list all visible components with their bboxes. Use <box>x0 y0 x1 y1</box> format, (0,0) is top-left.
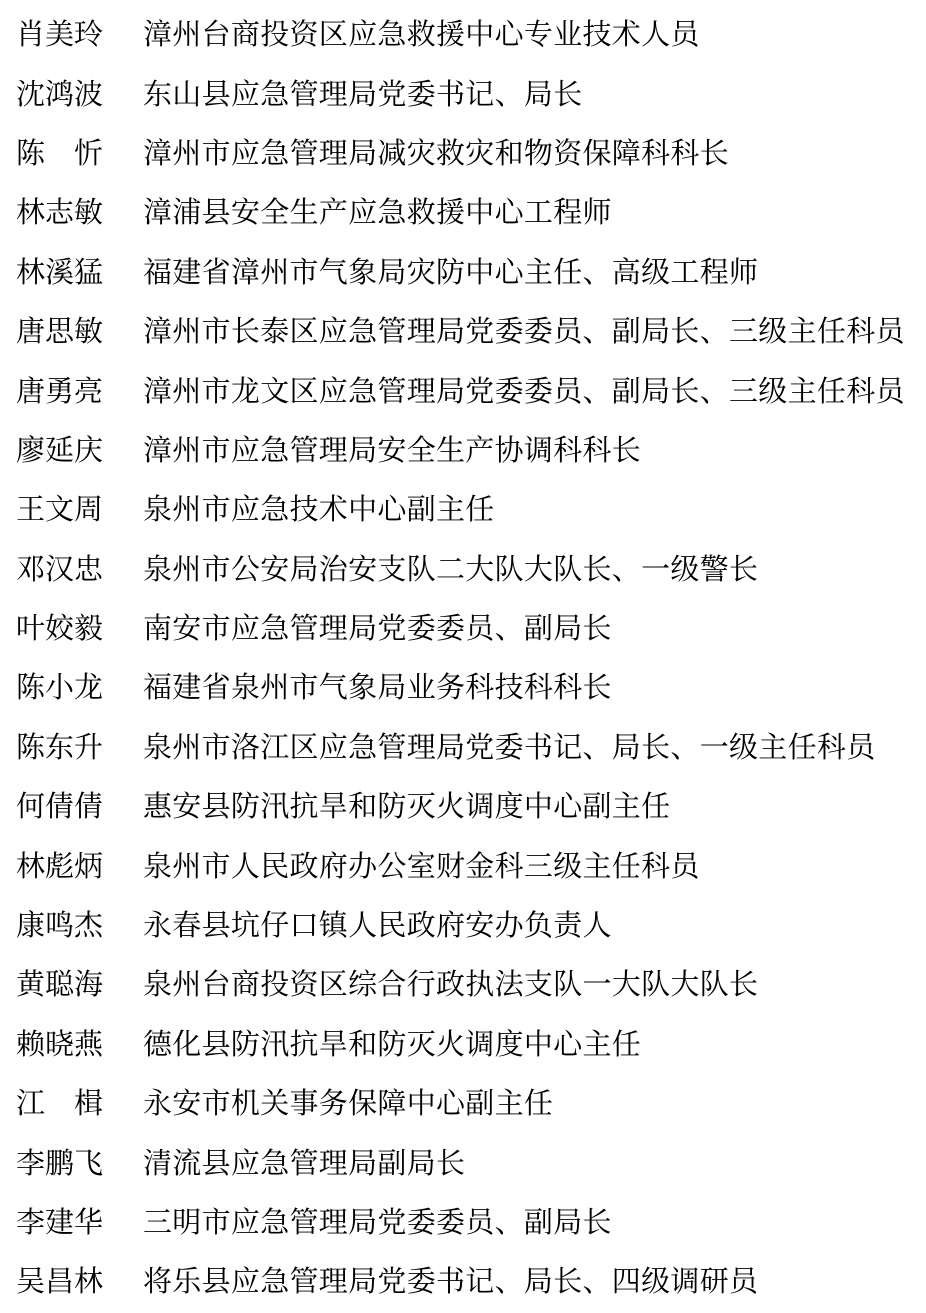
recipient-row: 李鹏飞 清流县应急管理局副局长 <box>0 1134 926 1193</box>
recipient-name: 邓汉忠 <box>16 556 143 585</box>
recipient-title: 南安市应急管理局党委委员、副局长 <box>143 615 926 644</box>
recipient-title: 将乐县应急管理局党委书记、局长、四级调研员 <box>143 1268 926 1297</box>
recipient-name: 唐勇亮 <box>16 378 143 407</box>
recipient-name: 陈小龙 <box>16 674 143 703</box>
recipient-title: 三明市应急管理局党委委员、副局长 <box>143 1209 926 1238</box>
recipient-list: 肖美玲 漳州台商投资区应急救援中心专业技术人员 沈鸿波 东山县应急管理局党委书记… <box>0 0 926 1313</box>
recipient-row: 赖晓燕 德化县防汛抗旱和防灭火调度中心主任 <box>0 1016 926 1075</box>
recipient-title: 清流县应急管理局副局长 <box>143 1150 926 1179</box>
recipient-title: 漳浦县安全生产应急救援中心工程师 <box>143 199 926 228</box>
recipient-name: 吴昌林 <box>16 1268 143 1297</box>
recipient-name: 康鸣杰 <box>16 912 143 941</box>
recipient-row: 唐勇亮 漳州市龙文区应急管理局党委委员、副局长、三级主任科员 <box>0 362 926 421</box>
recipient-name: 林志敏 <box>16 199 143 228</box>
recipient-row: 肖美玲 漳州台商投资区应急救援中心专业技术人员 <box>0 6 926 65</box>
recipient-title: 漳州市应急管理局安全生产协调科科长 <box>143 437 926 466</box>
recipient-name: 林彪炳 <box>16 853 143 882</box>
recipient-name: 唐思敏 <box>16 318 143 347</box>
recipient-title: 泉州市公安局治安支队二大队大队长、一级警长 <box>143 556 926 585</box>
recipient-name: 沈鸿波 <box>16 81 143 110</box>
recipient-name: 林溪猛 <box>16 259 143 288</box>
recipient-title: 泉州市应急技术中心副主任 <box>143 496 926 525</box>
recipient-name: 陈东升 <box>16 734 143 763</box>
recipient-row: 何倩倩 惠安县防汛抗旱和防灭火调度中心副主任 <box>0 778 926 837</box>
recipient-row: 江 楫 永安市机关事务保障中心副主任 <box>0 1075 926 1134</box>
recipient-row: 邓汉忠 泉州市公安局治安支队二大队大队长、一级警长 <box>0 541 926 600</box>
recipient-row: 陈小龙 福建省泉州市气象局业务科技科科长 <box>0 659 926 718</box>
recipient-row: 陈东升 泉州市洛江区应急管理局党委书记、局长、一级主任科员 <box>0 719 926 778</box>
recipient-name: 廖延庆 <box>16 437 143 466</box>
recipient-name: 江 楫 <box>16 1090 143 1119</box>
recipient-row: 林志敏 漳浦县安全生产应急救援中心工程师 <box>0 184 926 243</box>
recipient-title: 泉州市洛江区应急管理局党委书记、局长、一级主任科员 <box>143 734 926 763</box>
recipient-title: 漳州市应急管理局减灾救灾和物资保障科科长 <box>143 140 926 169</box>
recipient-title: 漳州台商投资区应急救援中心专业技术人员 <box>143 21 926 50</box>
recipient-title: 惠安县防汛抗旱和防灭火调度中心副主任 <box>143 793 926 822</box>
recipient-title: 德化县防汛抗旱和防灭火调度中心主任 <box>143 1031 926 1060</box>
recipient-name: 何倩倩 <box>16 793 143 822</box>
recipient-row: 黄聪海 泉州台商投资区综合行政执法支队一大队大队长 <box>0 956 926 1015</box>
recipient-name: 黄聪海 <box>16 971 143 1000</box>
recipient-row: 康鸣杰 永春县坑仔口镇人民政府安办负责人 <box>0 897 926 956</box>
recipient-title: 永安市机关事务保障中心副主任 <box>143 1090 926 1119</box>
recipient-name: 王文周 <box>16 496 143 525</box>
recipient-title: 福建省泉州市气象局业务科技科科长 <box>143 674 926 703</box>
recipient-title: 漳州市长泰区应急管理局党委委员、副局长、三级主任科员 <box>143 318 926 347</box>
recipient-row: 廖延庆 漳州市应急管理局安全生产协调科科长 <box>0 422 926 481</box>
recipient-name: 赖晓燕 <box>16 1031 143 1060</box>
recipient-title: 泉州市人民政府办公室财金科三级主任科员 <box>143 853 926 882</box>
recipient-name: 李鹏飞 <box>16 1150 143 1179</box>
recipient-row: 唐思敏 漳州市长泰区应急管理局党委委员、副局长、三级主任科员 <box>0 303 926 362</box>
recipient-name: 李建华 <box>16 1209 143 1238</box>
recipient-row: 林溪猛 福建省漳州市气象局灾防中心主任、高级工程师 <box>0 244 926 303</box>
recipient-name: 肖美玲 <box>16 21 143 50</box>
recipient-title: 漳州市龙文区应急管理局党委委员、副局长、三级主任科员 <box>143 378 926 407</box>
recipient-name: 陈 忻 <box>16 140 143 169</box>
recipient-row: 李建华 三明市应急管理局党委委员、副局长 <box>0 1194 926 1253</box>
recipient-name: 叶姣毅 <box>16 615 143 644</box>
recipient-title: 永春县坑仔口镇人民政府安办负责人 <box>143 912 926 941</box>
recipient-row: 陈 忻 漳州市应急管理局减灾救灾和物资保障科科长 <box>0 125 926 184</box>
recipient-row: 王文周 泉州市应急技术中心副主任 <box>0 481 926 540</box>
recipient-row: 沈鸿波 东山县应急管理局党委书记、局长 <box>0 65 926 124</box>
recipient-title: 东山县应急管理局党委书记、局长 <box>143 81 926 110</box>
recipient-title: 福建省漳州市气象局灾防中心主任、高级工程师 <box>143 259 926 288</box>
recipient-row: 林彪炳 泉州市人民政府办公室财金科三级主任科员 <box>0 837 926 896</box>
recipient-title: 泉州台商投资区综合行政执法支队一大队大队长 <box>143 971 926 1000</box>
recipient-row: 吴昌林 将乐县应急管理局党委书记、局长、四级调研员 <box>0 1253 926 1312</box>
recipient-row: 叶姣毅 南安市应急管理局党委委员、副局长 <box>0 600 926 659</box>
